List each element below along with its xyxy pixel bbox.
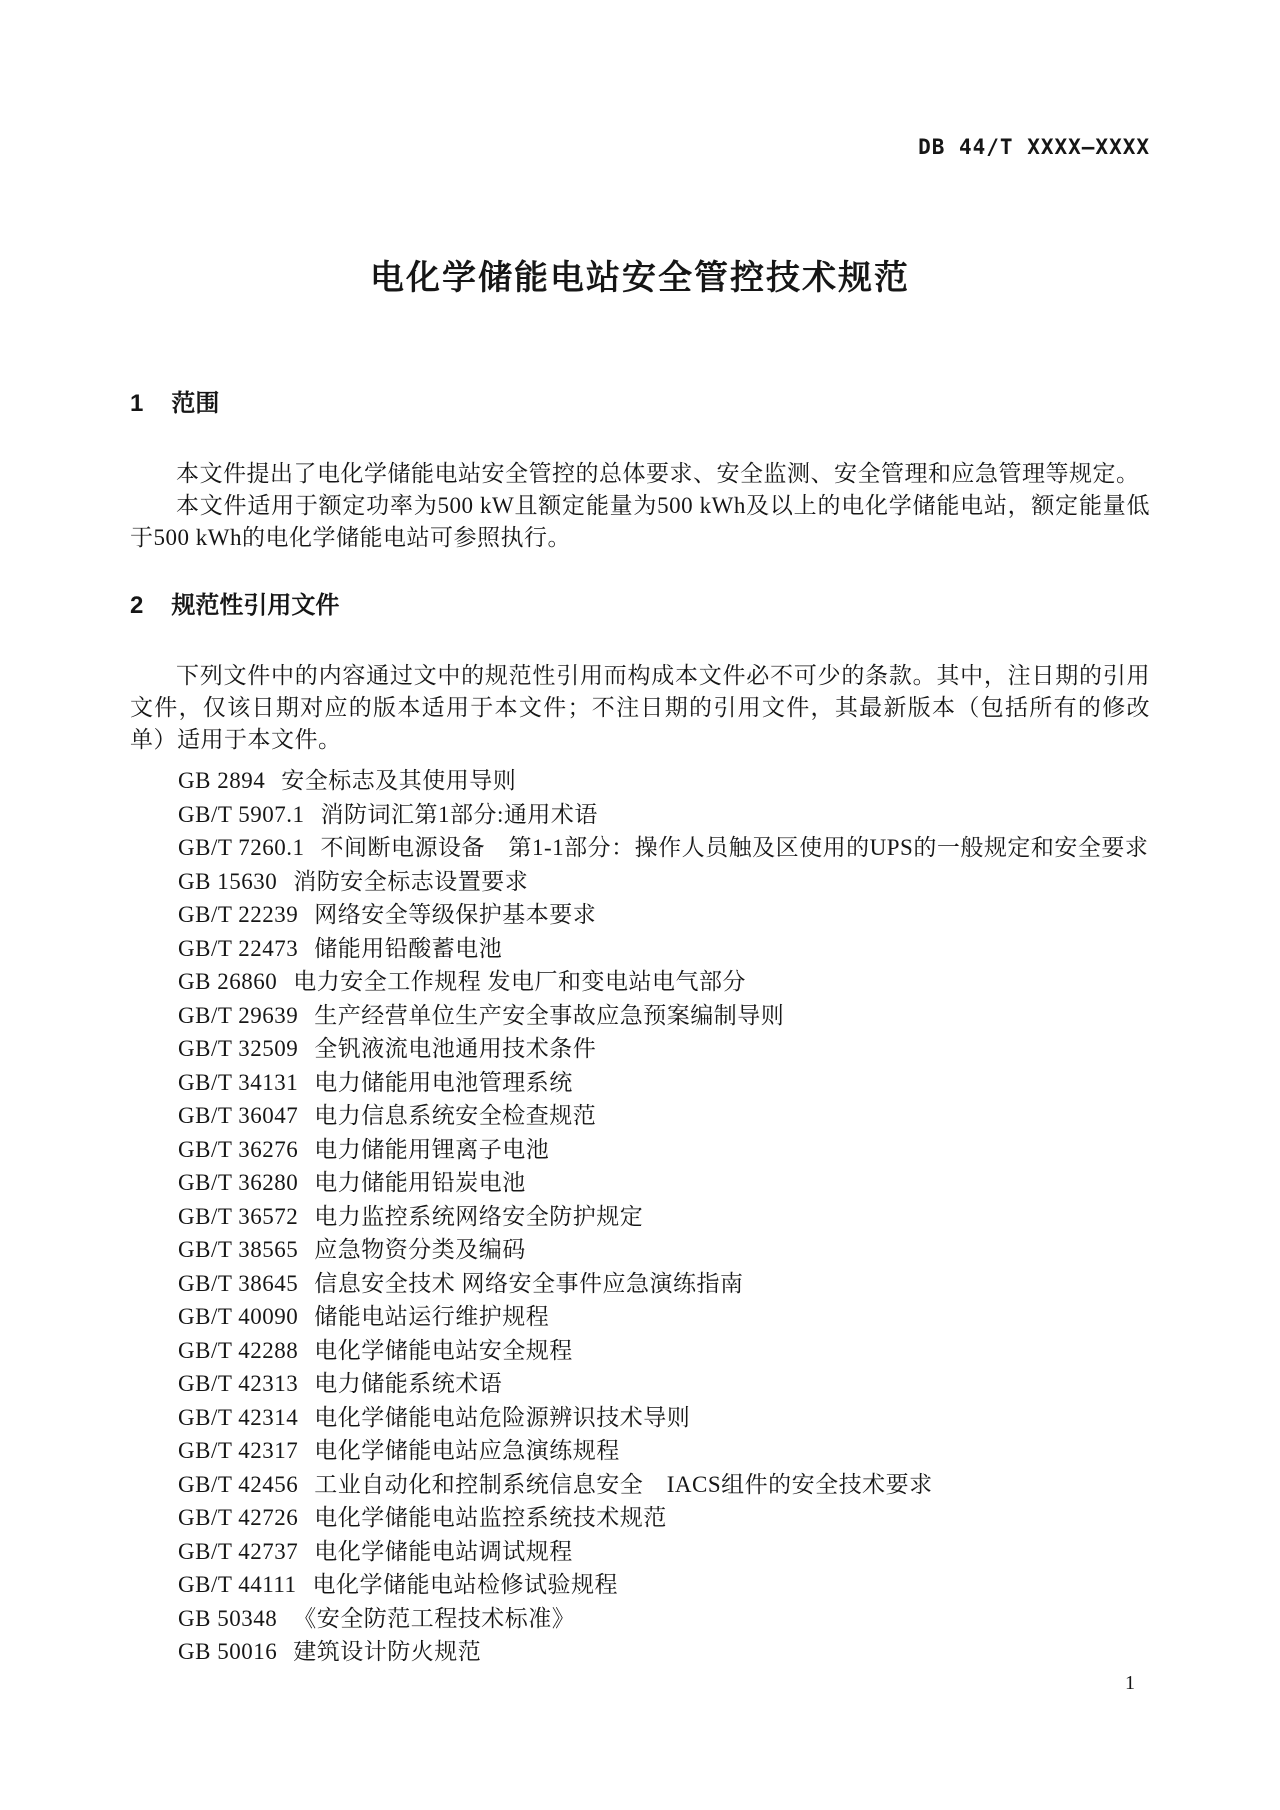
reference-code: GB/T 36572 [178, 1204, 298, 1229]
section-heading-text: 范围 [171, 388, 219, 420]
reference-code: GB 2894 [178, 768, 265, 793]
reference-title: 电力储能用电池管理系统 [314, 1070, 573, 1095]
reference-code: GB/T 34131 [178, 1070, 298, 1095]
reference-code: GB/T 42288 [178, 1338, 298, 1363]
document-page: DB 44/T XXXX—XXXX 电化学储能电站安全管控技术规范 1 范围 本… [0, 0, 1280, 1810]
reference-line: GB 2894安全标志及其使用导则 [130, 764, 1150, 798]
reference-title: 电化学储能电站应急演练规程 [314, 1438, 620, 1463]
reference-line: GB/T 42737电化学储能电站调试规程 [130, 1535, 1150, 1569]
reference-title: 电化学储能电站检修试验规程 [313, 1572, 619, 1597]
reference-line: GB/T 42314电化学储能电站危险源辨识技术导则 [130, 1401, 1150, 1435]
reference-line: GB/T 38645信息安全技术 网络安全事件应急演练指南 [130, 1267, 1150, 1301]
reference-title: 不间断电源设备 第1-1部分：操作人员触及区使用的UPS的一般规定和安全要求 [320, 835, 1148, 860]
reference-line: GB/T 42317电化学储能电站应急演练规程 [130, 1434, 1150, 1468]
reference-title: 安全标志及其使用导则 [281, 768, 516, 793]
paragraph: 本文件提出了电化学储能电站安全管控的总体要求、安全监测、安全管理和应急管理等规定… [130, 458, 1150, 490]
reference-line: GB/T 36572电力监控系统网络安全防护规定 [130, 1200, 1150, 1234]
reference-title: 信息安全技术 网络安全事件应急演练指南 [314, 1271, 743, 1296]
reference-line: GB/T 7260.1不间断电源设备 第1-1部分：操作人员触及区使用的UPS的… [130, 831, 1150, 865]
reference-code: GB/T 42313 [178, 1371, 298, 1396]
reference-line: GB/T 5907.1消防词汇第1部分:通用术语 [130, 798, 1150, 832]
reference-line: GB/T 34131电力储能用电池管理系统 [130, 1066, 1150, 1100]
reference-code: GB/T 7260.1 [178, 835, 304, 860]
reference-line: GB/T 44111电化学储能电站检修试验规程 [130, 1568, 1150, 1602]
section-normative-references: 2 规范性引用文件 下列文件中的内容通过文中的规范性引用而构成本文件必不可少的条… [130, 590, 1150, 1669]
reference-title: 应急物资分类及编码 [314, 1237, 526, 1262]
section-heading-text: 规范性引用文件 [171, 590, 339, 622]
reference-title: 电力储能用铅炭电池 [314, 1170, 526, 1195]
reference-title: 电化学储能电站监控系统技术规范 [314, 1505, 667, 1530]
reference-line: GB/T 29639生产经营单位生产安全事故应急预案编制导则 [130, 999, 1150, 1033]
reference-line: GB/T 36280电力储能用铅炭电池 [130, 1166, 1150, 1200]
reference-code: GB/T 42314 [178, 1405, 298, 1430]
reference-title: 电化学储能电站调试规程 [314, 1539, 573, 1564]
reference-line: GB/T 42456工业自动化和控制系统信息安全 IACS组件的安全技术要求 [130, 1468, 1150, 1502]
reference-title: 电力安全工作规程 发电厂和变电站电气部分 [293, 969, 746, 994]
reference-code: GB/T 36276 [178, 1137, 298, 1162]
section-paragraphs: 下列文件中的内容通过文中的规范性引用而构成本文件必不可少的条款。其中，注日期的引… [130, 660, 1150, 756]
reference-code: GB/T 38565 [178, 1237, 298, 1262]
reference-line: GB 15630消防安全标志设置要求 [130, 865, 1150, 899]
reference-title: 全钒液流电池通用技术条件 [314, 1036, 596, 1061]
reference-code: GB/T 44111 [178, 1572, 297, 1597]
reference-title: 建筑设计防火规范 [293, 1639, 481, 1664]
reference-code: GB/T 42726 [178, 1505, 298, 1530]
reference-line: GB 26860电力安全工作规程 发电厂和变电站电气部分 [130, 965, 1150, 999]
reference-code: GB/T 22239 [178, 902, 298, 927]
reference-title: 电化学储能电站危险源辨识技术导则 [314, 1405, 690, 1430]
reference-code: GB/T 42737 [178, 1539, 298, 1564]
references-list: GB 2894安全标志及其使用导则 GB/T 5907.1消防词汇第1部分:通用… [130, 764, 1150, 1669]
reference-code: GB/T 36280 [178, 1170, 298, 1195]
reference-line: GB/T 36047电力信息系统安全检查规范 [130, 1099, 1150, 1133]
reference-title: 储能电站运行维护规程 [314, 1304, 549, 1329]
reference-title: 工业自动化和控制系统信息安全 IACS组件的安全技术要求 [314, 1472, 932, 1497]
reference-code: GB/T 36047 [178, 1103, 298, 1128]
reference-title: 《安全防范工程技术标准》 [293, 1606, 575, 1631]
document-title: 电化学储能电站安全管控技术规范 [130, 256, 1150, 300]
reference-line: GB 50016建筑设计防火规范 [130, 1635, 1150, 1669]
section-number: 1 [130, 388, 143, 420]
page-number: 1 [1125, 1671, 1135, 1695]
section-number: 2 [130, 590, 143, 622]
section-scope: 1 范围 本文件提出了电化学储能电站安全管控的总体要求、安全监测、安全管理和应急… [130, 388, 1150, 554]
reference-line: GB/T 36276电力储能用锂离子电池 [130, 1133, 1150, 1167]
reference-line: GB/T 38565应急物资分类及编码 [130, 1233, 1150, 1267]
reference-code: GB 26860 [178, 969, 277, 994]
reference-code: GB 15630 [178, 869, 277, 894]
reference-code: GB/T 5907.1 [178, 802, 304, 827]
section-heading: 2 规范性引用文件 [130, 590, 1150, 622]
reference-title: 电化学储能电站安全规程 [314, 1338, 573, 1363]
reference-title: 网络安全等级保护基本要求 [314, 902, 596, 927]
reference-title: 消防安全标志设置要求 [293, 869, 528, 894]
reference-title: 储能用铅酸蓄电池 [314, 936, 502, 961]
reference-title: 生产经营单位生产安全事故应急预案编制导则 [314, 1003, 784, 1028]
reference-title: 电力监控系统网络安全防护规定 [314, 1204, 643, 1229]
reference-code: GB/T 42456 [178, 1472, 298, 1497]
reference-line: GB/T 42288电化学储能电站安全规程 [130, 1334, 1150, 1368]
reference-title: 消防词汇第1部分:通用术语 [320, 802, 597, 827]
paragraph: 下列文件中的内容通过文中的规范性引用而构成本文件必不可少的条款。其中，注日期的引… [130, 660, 1150, 756]
reference-title: 电力储能用锂离子电池 [314, 1137, 549, 1162]
reference-line: GB/T 42313电力储能系统术语 [130, 1367, 1150, 1401]
reference-title: 电力信息系统安全检查规范 [314, 1103, 596, 1128]
reference-line: GB/T 22239网络安全等级保护基本要求 [130, 898, 1150, 932]
reference-title: 电力储能系统术语 [314, 1371, 502, 1396]
reference-code: GB/T 22473 [178, 936, 298, 961]
reference-code: GB/T 32509 [178, 1036, 298, 1061]
section-paragraphs: 本文件提出了电化学储能电站安全管控的总体要求、安全监测、安全管理和应急管理等规定… [130, 458, 1150, 554]
reference-line: GB/T 32509全钒液流电池通用技术条件 [130, 1032, 1150, 1066]
paragraph: 本文件适用于额定功率为500 kW且额定能量为500 kWh及以上的电化学储能电… [130, 490, 1150, 554]
reference-line: GB/T 42726电化学储能电站监控系统技术规范 [130, 1501, 1150, 1535]
reference-code: GB 50348 [178, 1606, 277, 1631]
reference-line: GB/T 40090储能电站运行维护规程 [130, 1300, 1150, 1334]
reference-code: GB 50016 [178, 1639, 277, 1664]
section-heading: 1 范围 [130, 388, 1150, 420]
reference-line: GB 50348《安全防范工程技术标准》 [130, 1602, 1150, 1636]
reference-code: GB/T 40090 [178, 1304, 298, 1329]
reference-code: GB/T 42317 [178, 1438, 298, 1463]
reference-line: GB/T 22473储能用铅酸蓄电池 [130, 932, 1150, 966]
reference-code: GB/T 29639 [178, 1003, 298, 1028]
standard-code-header: DB 44/T XXXX—XXXX [130, 134, 1150, 160]
reference-code: GB/T 38645 [178, 1271, 298, 1296]
